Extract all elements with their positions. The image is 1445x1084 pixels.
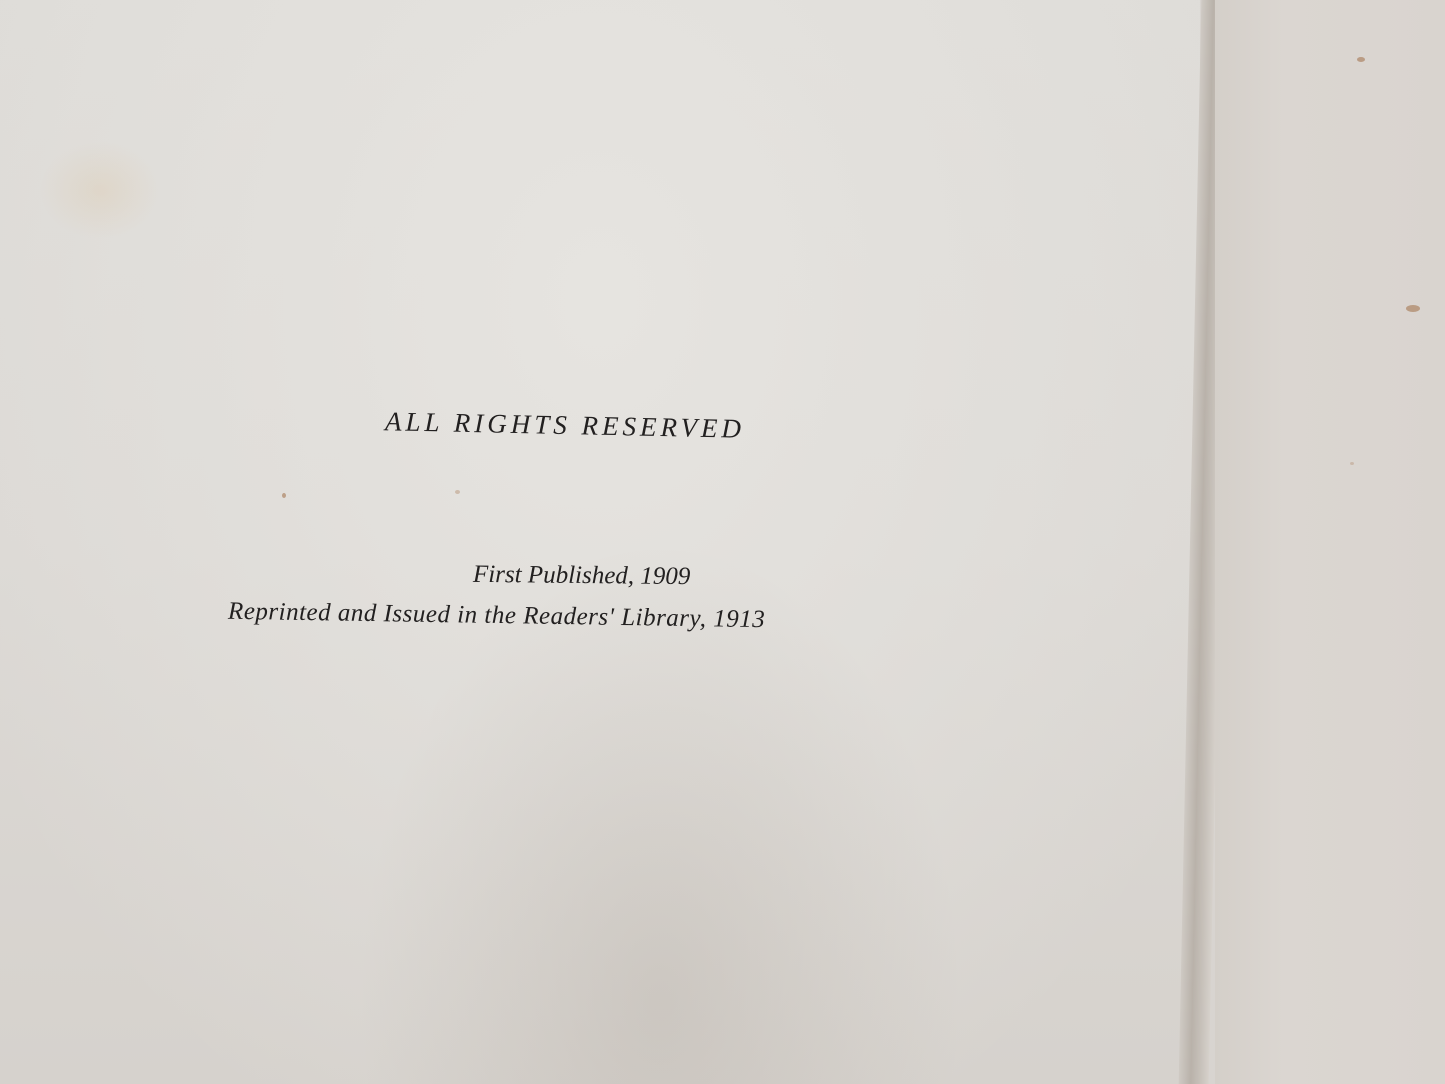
first-published-line: First Published, 1909 — [473, 561, 691, 591]
foxing-spot — [455, 490, 460, 494]
foxing-spot — [1350, 462, 1354, 465]
right-book-page — [1215, 0, 1445, 1084]
left-book-page — [0, 0, 1200, 1084]
foxing-spot — [1357, 57, 1365, 62]
foxing-spot — [282, 493, 286, 498]
foxing-spot — [1406, 305, 1420, 312]
